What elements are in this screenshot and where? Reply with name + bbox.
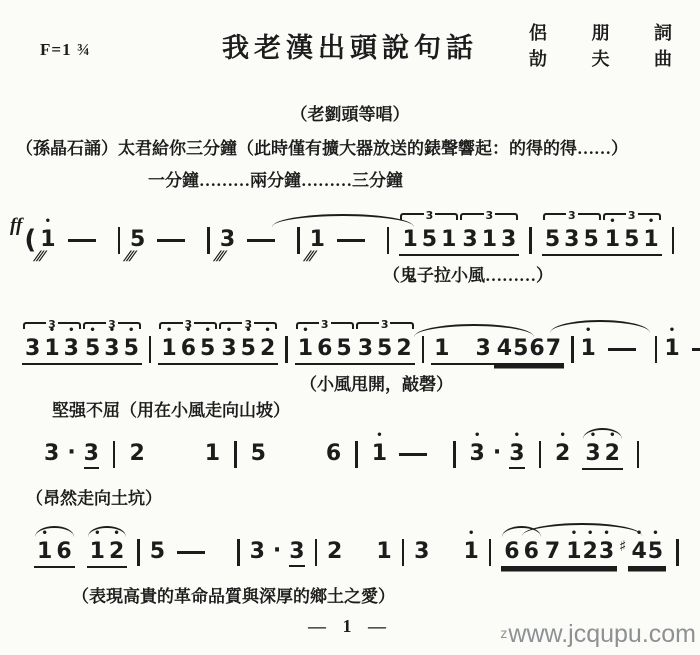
- note-value: 5: [583, 227, 598, 253]
- note-value: 3: [25, 336, 40, 362]
- note: 1: [434, 336, 449, 362]
- duration-dash: [608, 336, 636, 362]
- barline: [676, 539, 679, 566]
- note: 3///: [220, 227, 235, 253]
- note-value: 1: [434, 336, 449, 362]
- triplet-number: 3: [379, 320, 391, 330]
- duration-dash: [247, 227, 275, 253]
- note-value: 1: [566, 539, 581, 565]
- note-value: 6: [504, 539, 519, 565]
- note: 1: [205, 441, 220, 467]
- sheet-music-page: F=1 ¾ 我老漢出頭說句話 侶 朋 詞 劼 夫 曲 （老劉頭等唱） （孫晶石誦…: [0, 0, 700, 655]
- note-value: 3: [84, 441, 99, 467]
- note-value: 6: [317, 336, 332, 362]
- note: 3: [358, 336, 373, 362]
- note-value: 5: [241, 336, 256, 362]
- note-value: 3: [501, 227, 516, 253]
- note-value: 1: [581, 336, 596, 362]
- credit-lyricist: 侶 朋 詞: [529, 20, 692, 46]
- spacer: [429, 539, 463, 540]
- spacer: [342, 539, 376, 540]
- note: •1: [298, 336, 313, 362]
- note: •5: [124, 336, 139, 362]
- note: 5: [513, 336, 528, 362]
- note-value: 5: [150, 539, 165, 565]
- slur-arc: [550, 320, 650, 333]
- note: 5: [624, 227, 639, 253]
- note: 3: [250, 539, 265, 565]
- octave-dot: •: [64, 327, 79, 335]
- octave-dot: •: [200, 327, 215, 335]
- note: 6: [504, 539, 519, 565]
- note: •1: [161, 336, 176, 362]
- note: 1///: [310, 227, 325, 253]
- note: •5: [241, 336, 256, 362]
- note-value: 1: [463, 539, 478, 565]
- triplet-number: 3: [484, 211, 496, 221]
- note: •5: [200, 336, 215, 362]
- note: •1: [566, 539, 581, 565]
- note-value: 2: [109, 539, 124, 565]
- note: 5: [251, 441, 266, 467]
- octave-dot: •: [85, 327, 100, 335]
- slur-arc: [272, 214, 414, 227]
- caption-walk-to-pit: （昂然走向土坑）: [26, 484, 162, 509]
- duration-dash: [157, 227, 185, 253]
- stage-direction-minutes: 一分鐘………兩分鐘………三分鐘: [148, 166, 403, 191]
- octave-dot: •: [664, 327, 679, 335]
- note: 5: [583, 227, 598, 253]
- note-value: 5: [200, 336, 215, 362]
- octave-dot: •: [90, 530, 105, 538]
- caption-devil-pulls-bellows: （鬼子拉小風………）: [383, 261, 553, 286]
- triplet-group: 3•5•3•5: [82, 336, 142, 365]
- octave-dot: •: [605, 218, 620, 226]
- note-value: 3: [475, 336, 490, 362]
- triplet-number: 3: [424, 211, 436, 221]
- beamed-group: 4567: [494, 336, 564, 365]
- barline: [118, 227, 121, 254]
- stage-direction-opening: （孫晶石誦）太君給你三分鐘（此時僅有擴大器放送的錶聲響起：的得的得……）: [16, 134, 628, 159]
- note: •2: [109, 539, 124, 565]
- duration-dash: [337, 227, 365, 253]
- barline: [113, 441, 116, 468]
- triplet-number: 3: [626, 211, 638, 221]
- barline: [655, 336, 658, 363]
- note-value: 2: [129, 441, 144, 467]
- duration-dash: [399, 441, 427, 467]
- triplet-group: 3•165: [295, 336, 355, 365]
- note-value: 6: [529, 336, 544, 362]
- note: 2: [396, 336, 411, 362]
- beamed-group: •1•2: [87, 539, 128, 568]
- note-value: 3: [585, 441, 600, 467]
- triplet-group: 3•1•6•5: [158, 336, 218, 365]
- barline: [539, 441, 542, 468]
- barline: [453, 441, 456, 468]
- barline: [637, 441, 640, 468]
- note-value: 7: [546, 336, 561, 362]
- octave-dot: •: [372, 432, 387, 440]
- note-value: 1: [44, 336, 59, 362]
- note: •5: [648, 539, 663, 565]
- note-value: 2: [583, 539, 598, 565]
- octave-dot: •: [221, 327, 236, 335]
- note-value: 3: [462, 227, 477, 253]
- note: 6: [317, 336, 332, 362]
- note-value: 2: [327, 539, 342, 565]
- note: •6: [181, 336, 196, 362]
- octave-dot: •: [643, 218, 658, 226]
- note-value: 5: [251, 441, 266, 467]
- octave-dot: •: [40, 218, 55, 226]
- beamed-group: •16: [34, 539, 75, 568]
- augmentation-dot: ·: [493, 441, 501, 465]
- triplet-group: 3•15•1: [602, 227, 662, 256]
- barline: [355, 441, 358, 468]
- triplet-bracket: 3: [400, 211, 458, 221]
- note-value: 3: [64, 336, 79, 362]
- beamed-group: 66: [501, 539, 542, 568]
- note-value: 3: [104, 336, 119, 362]
- note: •1: [643, 227, 658, 253]
- note: •2: [260, 336, 275, 362]
- watermark-url: www.jcqupu.com: [508, 620, 696, 648]
- note-value: 1: [161, 336, 176, 362]
- note: •1: [44, 336, 59, 362]
- octave-dot: •: [648, 530, 663, 538]
- paren-mark: (: [24, 227, 36, 253]
- caption-noble-quality: （表現高貴的革命品質與深厚的鄉土之愛）: [72, 582, 395, 607]
- octave-dot: •: [585, 432, 600, 440]
- note: •2: [605, 441, 620, 467]
- note: 5: [545, 227, 560, 253]
- spacer: [266, 441, 326, 442]
- barline: [285, 336, 288, 363]
- note: 1: [402, 227, 417, 253]
- note-value: 2: [396, 336, 411, 362]
- note-value: 3: [250, 539, 265, 565]
- barline: [672, 227, 675, 254]
- note: 5: [336, 336, 351, 362]
- note: •3: [221, 336, 236, 362]
- triplet-bracket: 3: [460, 211, 518, 221]
- note-value: 5: [85, 336, 100, 362]
- beamed-group: •3•2: [582, 441, 623, 470]
- barline: [207, 227, 210, 254]
- note: 3: [25, 336, 40, 362]
- barline: [529, 227, 532, 254]
- beamed-group: •4•5: [628, 539, 666, 568]
- octave-dot: •: [463, 530, 478, 538]
- duration-dash: [177, 539, 205, 565]
- octave-dot: •: [298, 327, 313, 335]
- note: •4: [631, 539, 646, 565]
- subtitle-performer: （老劉頭等唱）: [0, 100, 700, 125]
- triplet-group: 3151: [399, 227, 459, 256]
- note-value: 4: [497, 336, 512, 362]
- watermark-mark: z: [500, 625, 507, 641]
- note-value: 5: [545, 227, 560, 253]
- octave-dot: •: [44, 327, 59, 335]
- note-value: 6: [524, 539, 539, 565]
- note-value: 5: [377, 336, 392, 362]
- note-value: 2: [260, 336, 275, 362]
- note: 3: [462, 227, 477, 253]
- octave-dot: •: [161, 327, 176, 335]
- note-value: 1: [664, 336, 679, 362]
- octave-dot: •: [241, 327, 256, 335]
- note: •5: [85, 336, 100, 362]
- note: 2: [129, 441, 144, 467]
- tremolo-marks: ///: [122, 244, 136, 270]
- octave-dot: •: [605, 432, 620, 440]
- music-line-3: 3·32156•1•3·•3•2•3•2: [44, 441, 653, 470]
- note-value: 1: [643, 227, 658, 253]
- note: 3: [289, 539, 304, 567]
- music-line-4: •16•1•253·3213•1667•1•2•3♯•4•5: [34, 539, 689, 568]
- note: •1: [463, 539, 478, 565]
- note-value: 1: [37, 539, 52, 565]
- slur-arc: [522, 523, 642, 536]
- note: •2: [583, 539, 598, 565]
- note: •1///: [40, 227, 55, 253]
- watermark: zwww.jcqupu.com: [500, 620, 696, 649]
- note-value: 1: [605, 227, 620, 253]
- note: 5///: [130, 227, 145, 253]
- note-value: 1: [372, 441, 387, 467]
- note-value: 3: [44, 441, 59, 467]
- note: •3: [104, 336, 119, 362]
- beamed-group: 13: [431, 336, 494, 365]
- note: 2: [327, 539, 342, 565]
- note: 1: [441, 227, 456, 253]
- triplet-number: 3: [319, 320, 331, 330]
- note-value: 1: [205, 441, 220, 467]
- note-value: 5: [422, 227, 437, 253]
- section-heading: 堅强不屈（用在小風走向山坡）: [52, 396, 290, 421]
- note: 5: [377, 336, 392, 362]
- note-value: 6: [56, 539, 71, 565]
- note-value: 6: [326, 441, 341, 467]
- dynamic-marking: ff: [10, 215, 22, 237]
- note: 3: [475, 336, 490, 362]
- note: 6: [524, 539, 539, 565]
- note: •3: [585, 441, 600, 467]
- note: •1: [664, 336, 679, 362]
- note-value: 5: [648, 539, 663, 565]
- note-value: 6: [181, 336, 196, 362]
- barline: [489, 539, 492, 566]
- note: 1: [482, 227, 497, 253]
- note: •3: [509, 441, 524, 469]
- octave-dot: •: [470, 432, 485, 440]
- sharp-sign: ♯: [619, 537, 626, 555]
- note-value: 2: [555, 441, 570, 467]
- octave-dot: •: [124, 327, 139, 335]
- slur-arc: [414, 324, 534, 337]
- octave-dot: •: [104, 327, 119, 335]
- note-value: 3: [470, 441, 485, 467]
- octave-dot: •: [260, 327, 275, 335]
- beamed-group: •1•2•3: [563, 539, 617, 568]
- octave-dot: •: [181, 327, 196, 335]
- note: •3: [470, 441, 485, 467]
- triplet-group: 3535: [542, 227, 602, 256]
- note-value: 1: [441, 227, 456, 253]
- barline: [149, 336, 152, 363]
- barline: [137, 539, 140, 566]
- note: •1: [581, 336, 596, 362]
- note-value: 5: [124, 336, 139, 362]
- spacer: [217, 539, 227, 540]
- octave-dot: •: [37, 530, 52, 538]
- note-value: 1: [402, 227, 417, 253]
- note: 7: [546, 336, 561, 362]
- note-value: 3: [414, 539, 429, 565]
- note: •2: [555, 441, 570, 467]
- note: 3: [501, 227, 516, 253]
- triplet-group: 3352: [355, 336, 415, 365]
- barline: [315, 539, 318, 566]
- caption-bellows-chime: （小風甩開，敲磬）: [300, 370, 453, 395]
- note-value: 2: [605, 441, 620, 467]
- spacer: [570, 441, 582, 442]
- spacer: [75, 539, 87, 540]
- augmentation-dot: ·: [273, 539, 281, 563]
- barline: [297, 227, 300, 254]
- octave-dot: •: [109, 530, 124, 538]
- note: •3: [64, 336, 79, 362]
- note: 3: [84, 441, 99, 469]
- note-value: 3: [509, 441, 524, 467]
- barline: [234, 441, 237, 468]
- note: 1: [376, 539, 391, 565]
- triplet-number: 3: [566, 211, 578, 221]
- music-line-1: ff(•1///5///3///1///3151331335353•15•1: [10, 227, 684, 256]
- note-value: 7: [545, 539, 560, 565]
- credits: 侶 朋 詞 劼 夫 曲: [529, 20, 692, 72]
- note-value: 1: [482, 227, 497, 253]
- barline: [387, 227, 390, 254]
- note-value: 3: [564, 227, 579, 253]
- barline: [237, 539, 240, 566]
- note-value: 5: [513, 336, 528, 362]
- credit-composer: 劼 夫 曲: [529, 46, 692, 72]
- note: 6: [56, 539, 71, 565]
- note: •1: [372, 441, 387, 467]
- duration-dash: [68, 227, 96, 253]
- note-value: 3: [289, 539, 304, 565]
- note: 5: [150, 539, 165, 565]
- spacer: [145, 441, 205, 442]
- note-value: 3: [358, 336, 373, 362]
- note-value: 4: [631, 539, 646, 565]
- beamed-group: 7: [542, 539, 563, 568]
- note-value: 1: [90, 539, 105, 565]
- note: 5: [422, 227, 437, 253]
- triplet-group: 33•1•3: [22, 336, 82, 365]
- triplet-group: 3•3•5•2: [218, 336, 278, 365]
- octave-dot: •: [555, 432, 570, 440]
- note: •1: [605, 227, 620, 253]
- tremolo-marks: ///: [302, 244, 316, 270]
- note-value: 1: [298, 336, 313, 362]
- note-value: 3: [599, 539, 614, 565]
- tremolo-marks: ///: [212, 244, 226, 270]
- note: 3: [44, 441, 59, 467]
- note-value: 1: [376, 539, 391, 565]
- duration-dash: [692, 336, 700, 362]
- barline: [571, 336, 574, 363]
- barline: [422, 336, 425, 363]
- note: •1: [37, 539, 52, 565]
- octave-dot: •: [509, 432, 524, 440]
- triplet-bracket: 3: [543, 211, 601, 221]
- note-value: 5: [624, 227, 639, 253]
- note: 6: [529, 336, 544, 362]
- note: 4: [497, 336, 512, 362]
- barline: [402, 539, 405, 566]
- note: •1: [90, 539, 105, 565]
- triplet-group: 3313: [459, 227, 519, 256]
- augmentation-dot: ·: [67, 441, 75, 465]
- music-line-2: 33•1•33•5•3•53•1•6•53•3•5•23•16533521345…: [22, 336, 700, 365]
- note: 3: [414, 539, 429, 565]
- note: 7: [545, 539, 560, 565]
- note: 6: [326, 441, 341, 467]
- note-value: 5: [336, 336, 351, 362]
- note-value: 3: [221, 336, 236, 362]
- triplet-bracket: 3: [356, 320, 414, 330]
- note: •3: [599, 539, 614, 565]
- note: 3: [564, 227, 579, 253]
